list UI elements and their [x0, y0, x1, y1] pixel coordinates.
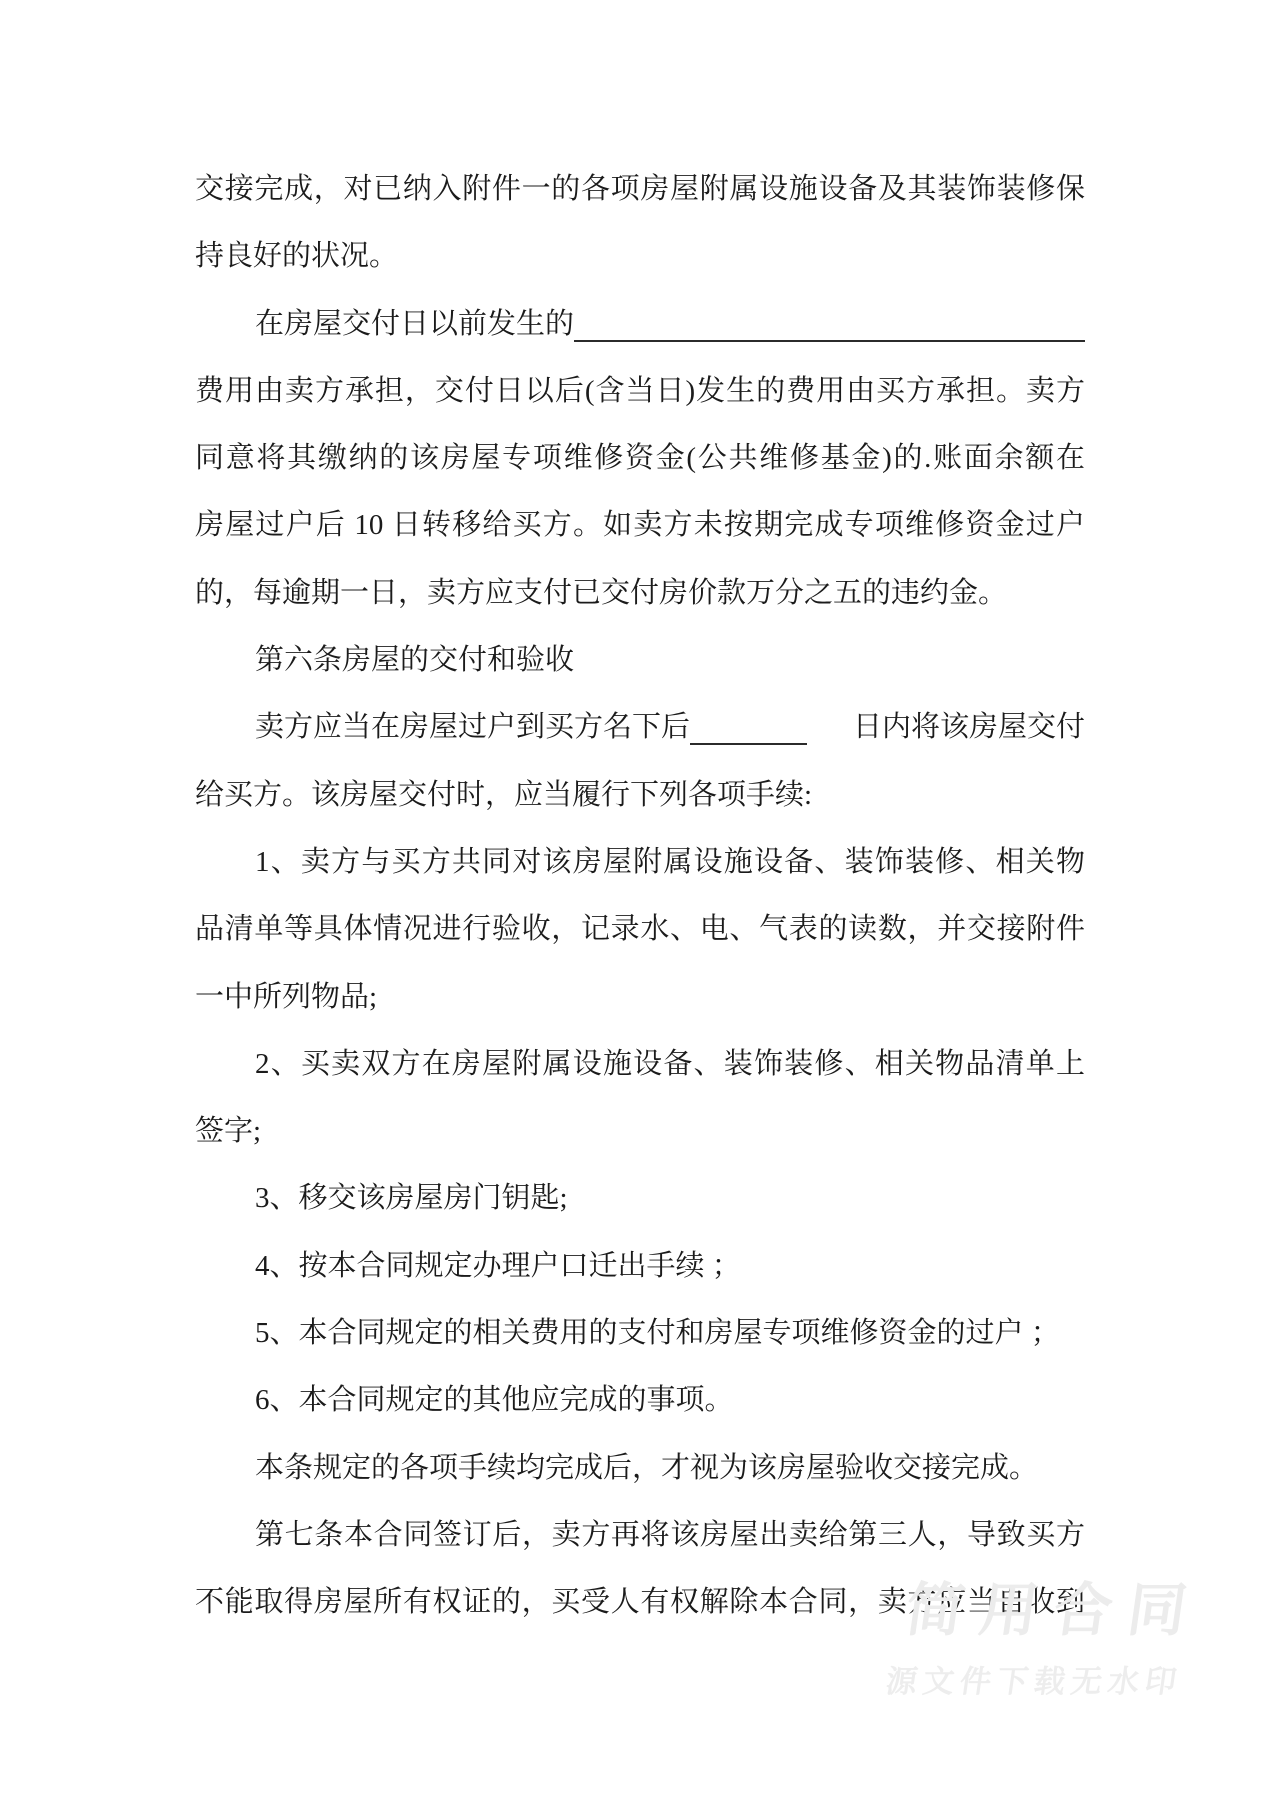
- doc-line-7: 的，每逾期一日，卖方应支付已交付房价款万分之五的违约金。: [195, 560, 1085, 627]
- doc-line-22: 不能取得房屋所有权证的，买受人有权解除本合同，卖方应当自收到: [195, 1569, 1085, 1636]
- list-item-4: 4、按本合同规定办理户口迁出手续 ；: [195, 1233, 1085, 1300]
- watermark-subtitle: 源文件下载无水印: [884, 1666, 1184, 1697]
- list-item-1: 1、卖方与买方共同对该房屋附属设施设备、装饰装修、相关物: [195, 829, 1085, 896]
- doc-line-9: 卖方应当在房屋过户到买方名下后 日内将该房屋交付: [195, 694, 1085, 761]
- doc-line-15: 签字;: [195, 1098, 1085, 1165]
- doc-line-1: 交接完成，对已纳入附件一的各项房屋附属设施设备及其装饰装修保: [195, 156, 1085, 223]
- blank-field-suffix: 日内将该房屋交付: [807, 694, 1085, 761]
- contract-page: 交接完成，对已纳入附件一的各项房屋附属设施设备及其装饰装修保 持良好的状况。 在…: [0, 0, 1280, 1810]
- doc-line-6: 房屋过户后 10 日转移给买方。如卖方未按期完成专项维修资金过户: [195, 492, 1085, 559]
- doc-line-2: 持良好的状况。: [195, 223, 1085, 290]
- doc-line-12: 品清单等具体情况进行验收，记录水、电、气表的读数，并交接附件: [195, 896, 1085, 963]
- clause-7-line: 第七条本合同签订后，卖方再将该房屋出卖给第三人，导致买方: [195, 1502, 1085, 1569]
- list-item-5: 5、本合同规定的相关费用的支付和房屋专项维修资金的过户 ；: [195, 1300, 1085, 1367]
- fill-in-blank-underline: [690, 694, 807, 745]
- list-item-6: 6、本合同规定的其他应完成的事项。: [195, 1367, 1085, 1434]
- contract-body: 交接完成，对已纳入附件一的各项房屋附属设施设备及其装饰装修保 持良好的状况。 在…: [195, 156, 1085, 1637]
- list-item-2: 2、买卖双方在房屋附属设施设备、装饰装修、相关物品清单上: [195, 1031, 1085, 1098]
- blank-field-label: 卖方应当在房屋过户到买方名下后: [255, 694, 690, 761]
- list-item-3: 3、移交该房屋房门钥匙;: [195, 1165, 1085, 1232]
- fill-in-blank-underline: [574, 291, 1085, 342]
- doc-line-4: 费用由卖方承担，交付日以后(含当日)发生的费用由买方承担。卖方: [195, 358, 1085, 425]
- blank-field-label: 在房屋交付日以前发生的: [255, 291, 574, 358]
- doc-line-3: 在房屋交付日以前发生的: [195, 291, 1085, 358]
- doc-line-10: 给买方。该房屋交付时，应当履行下列各项手续:: [195, 762, 1085, 829]
- doc-line-20: 本条规定的各项手续均完成后，才视为该房屋验收交接完成。: [195, 1435, 1085, 1502]
- clause-6-heading: 第六条房屋的交付和验收: [195, 627, 1085, 694]
- doc-line-5: 同意将其缴纳的该房屋专项维修资金(公共维修基金)的.账面余额在: [195, 425, 1085, 492]
- doc-line-13: 一中所列物品;: [195, 964, 1085, 1031]
